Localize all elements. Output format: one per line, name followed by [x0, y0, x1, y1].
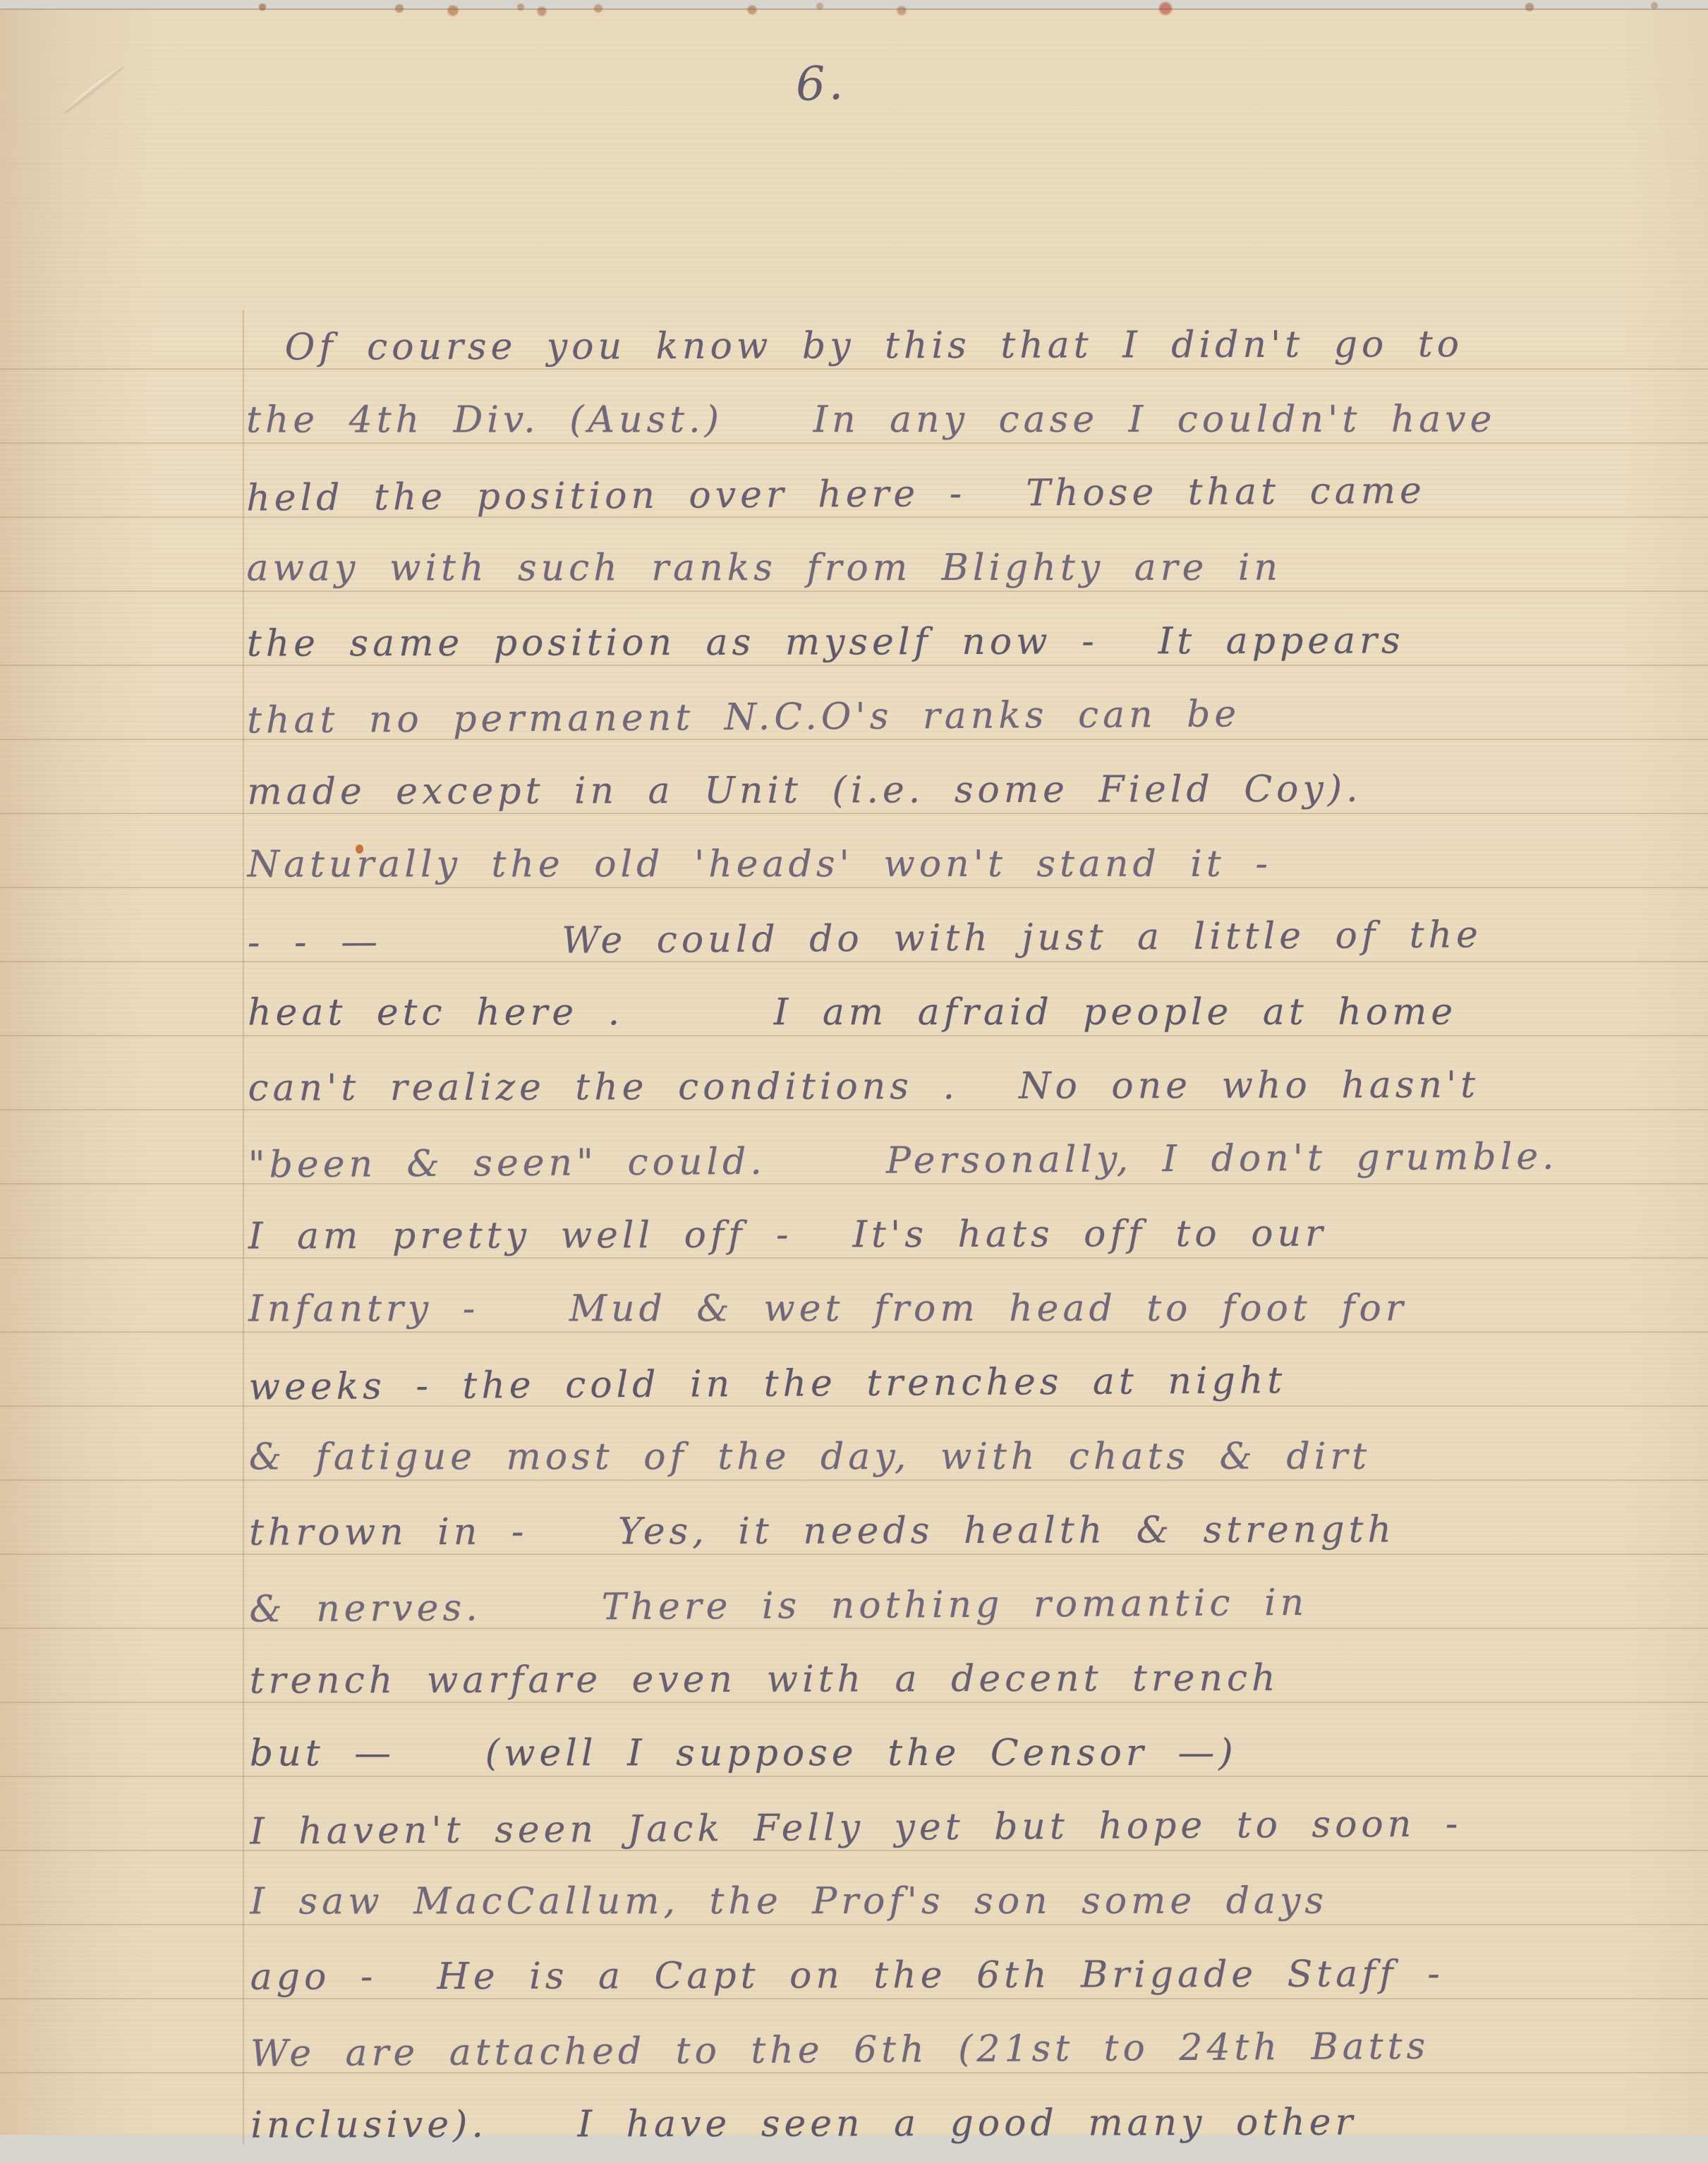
handwritten-line: - - — We could do with just a little of …: [248, 897, 1673, 980]
handwritten-line: & nerves. There is nothing romantic in: [249, 1563, 1675, 1647]
handwritten-line: thrown in - Yes, it needs health & stren…: [249, 1492, 1674, 1570]
foxing-spots: [0, 0, 1708, 32]
handwritten-line: Of course you know by this that I didn't…: [246, 307, 1671, 384]
handwritten-line: I am pretty well off - It's hats off to …: [248, 1196, 1673, 1273]
margin-line: [243, 310, 244, 2135]
handwritten-line: made except in a Unit (i.e. some Field C…: [247, 751, 1672, 829]
handwritten-line: "been & seen" could. Personally, I don't…: [248, 1119, 1673, 1202]
handwritten-line: away with such ranks from Blighty are in: [246, 531, 1671, 605]
handwritten-line: ago - He is a Capt on the 6th Brigade St…: [250, 1937, 1676, 2014]
letter-body: Of course you know by this that I didn't…: [246, 307, 1676, 2135]
handwritten-line: heat etc here . I am afraid people at ho…: [248, 975, 1673, 1050]
handwritten-line: the same position as myself now - It app…: [247, 603, 1672, 681]
handwritten-line: inclusive). I have seen a good many othe…: [250, 2085, 1676, 2135]
handwritten-line: but — (well I suppose the Censor —): [250, 1716, 1675, 1791]
handwritten-line: We are attached to the 6th (21st to 24th…: [250, 2008, 1676, 2091]
handwritten-line: & fatigue most of the day, with chats & …: [249, 1419, 1674, 1494]
handwritten-line: I haven't seen Jack Felly yet but hope t…: [250, 1786, 1676, 1869]
page-number: 6.: [795, 56, 847, 111]
handwritten-line: trench warfare even with a decent trench: [250, 1640, 1675, 1718]
handwritten-line: I saw MacCallum, the Prof's son some day…: [250, 1864, 1675, 1939]
paper-crease: [61, 63, 127, 116]
handwritten-line: that no permanent N.C.O's ranks can be: [247, 674, 1673, 758]
letter-page: 6. Of course you know by this that I did…: [0, 10, 1708, 2135]
handwritten-line: can't realize the conditions . No one wh…: [248, 1048, 1673, 1125]
handwritten-line: weeks - the cold in the trenches at nigh…: [248, 1341, 1674, 1424]
handwritten-line: Infantry - Mud & wet from head to foot f…: [248, 1271, 1673, 1346]
handwritten-line: held the position over here - Those that…: [246, 452, 1672, 535]
handwritten-line: the 4th Div. (Aust.) In any case I could…: [246, 382, 1671, 457]
handwritten-line: Naturally the old 'heads' won't stand it…: [248, 827, 1673, 902]
